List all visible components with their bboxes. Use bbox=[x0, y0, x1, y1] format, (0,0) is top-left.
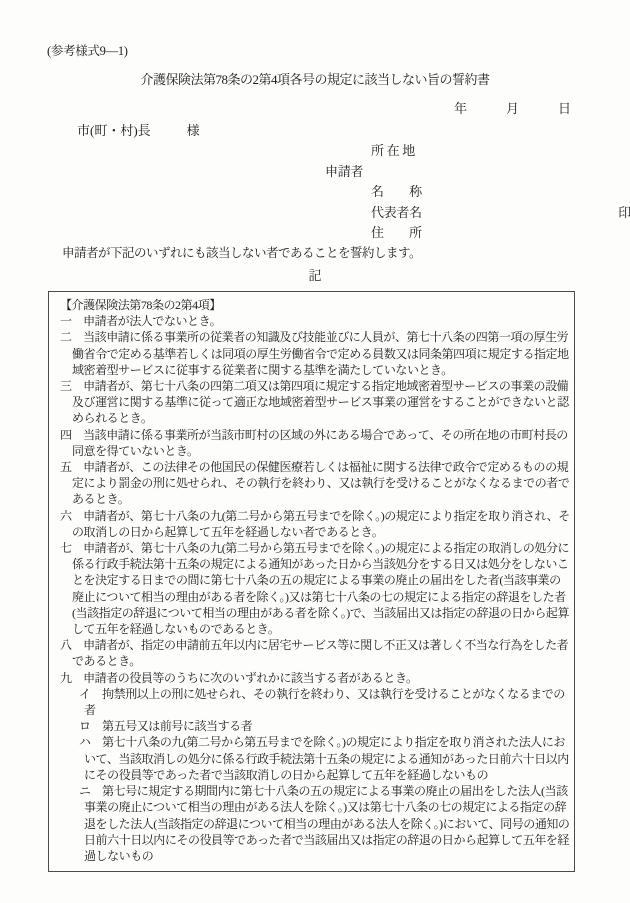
seal-mark: 印 bbox=[618, 203, 630, 224]
applicant-name-label: 名 称 bbox=[325, 182, 630, 203]
law-excerpt-box: 【介護保険法第78条の2第4項】 一 申請者が法人でないとき。二 当該申請に係る… bbox=[48, 291, 575, 872]
law-item: 一 申請者が法人でないとき。 bbox=[60, 313, 570, 329]
representative-name-label: 代表者名 bbox=[371, 203, 422, 224]
applicant-representative-row: 代表者名 印 bbox=[325, 203, 630, 224]
document-title: 介護保険法第78条の2第4項各号の規定に該当しない旨の誓約書 bbox=[0, 69, 630, 88]
law-sub-item: ロ 第五号又は前号に該当する者 bbox=[60, 718, 570, 734]
law-item: 三 申請者が、第七十八条の四第二項又は第四項に規定する指定地域密着型サービスの事… bbox=[60, 378, 570, 427]
applicant-address-label: 所 在 地 bbox=[325, 141, 630, 162]
law-item: 二 当該申請に係る事業所の従業者の知識及び技能並びに人員が、第七十八条の四第一項… bbox=[60, 329, 570, 378]
pledge-document-page: (参考様式9—1) 介護保険法第78条の2第4項各号の規定に該当しない旨の誓約書… bbox=[0, 0, 630, 903]
law-item: 八 申請者が、指定の申請前五年以内に居宅サービス等に関し不正又は著しく不当な行為… bbox=[60, 637, 570, 669]
applicant-label: 申請者 bbox=[325, 162, 630, 183]
law-sub-item: イ 拘禁刑以上の刑に処せられ、その執行を終わり、又は執行を受けることがなくなるま… bbox=[60, 686, 570, 718]
law-item: 七 申請者が、第七十八条の九(第二号から第五号までを除く。)の規定による指定の取… bbox=[60, 540, 570, 637]
applicant-signature-block: 所 在 地 申請者 名 称 代表者名 印 住 所 bbox=[325, 141, 630, 244]
law-item: 四 当該申請に係る事業所が当該市町村の区域の外にある場合であって、その所在地の市… bbox=[60, 427, 570, 459]
law-sub-item: ハ 第七十八条の九(第二号から第五号までを除く。)の規定により指定を取り消された… bbox=[60, 734, 570, 783]
pledge-statement: 申請者が下記のいずれにも該当しない者であることを誓約します。 bbox=[62, 243, 421, 261]
addressee-honorific: 様 bbox=[187, 123, 200, 138]
law-sub-item: ニ 第七号に規定する期間内に第七十八条の五の規定による事業の廃止の届出をした法人… bbox=[60, 783, 570, 864]
law-box-heading: 【介護保険法第78条の2第4項】 bbox=[60, 297, 570, 313]
form-reference-number: (参考様式9—1) bbox=[47, 41, 128, 59]
law-item: 九 申請者の役員等のうちに次のいずれかに該当する者があるとき。 bbox=[60, 670, 570, 686]
law-item: 五 申請者が、この法律その他国民の保健医療若しくは福祉に関する法律で政令で定める… bbox=[60, 459, 570, 508]
addressee-title: 市(町・村)長 bbox=[77, 123, 151, 138]
law-items-list: 一 申請者が法人でないとき。二 当該申請に係る事業所の従業者の知識及び技能並びに… bbox=[60, 313, 570, 864]
law-item: 六 申請者が、第七十八条の九(第二号から第五号までを除く。)の規定により指定を取… bbox=[60, 508, 570, 540]
notice-ki-label: 記 bbox=[0, 265, 630, 284]
addressee-line: 市(町・村)長様 bbox=[77, 120, 200, 139]
applicant-residence-label: 住 所 bbox=[325, 223, 630, 244]
date-fill-in-line: 年 月 日 bbox=[454, 98, 571, 117]
